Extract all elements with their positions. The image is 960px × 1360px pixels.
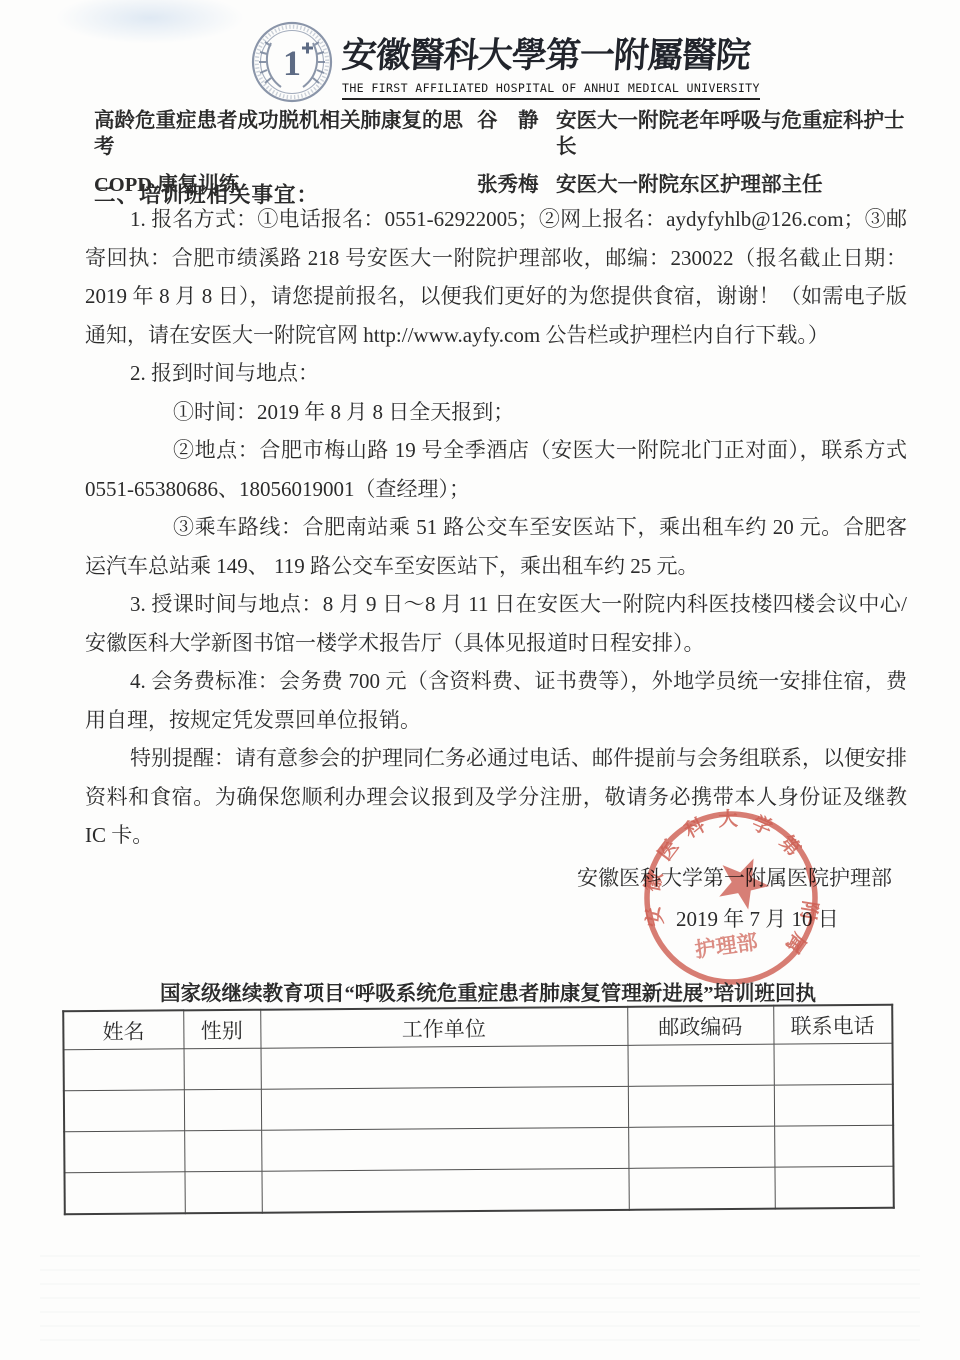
lecture-speaker: 张秀梅 — [477, 172, 556, 198]
form-cell — [184, 1089, 261, 1131]
form-header-workunit: 工作单位 — [260, 1007, 627, 1048]
form-row — [64, 1084, 893, 1132]
form-cell — [774, 1084, 893, 1126]
paragraph-course-time: 3. 授课时间与地点：8 月 9 日～8 月 11 日在安医大一附院内科医技楼四… — [85, 585, 907, 662]
form-cell — [64, 1172, 184, 1214]
form-header-gender: 性别 — [183, 1010, 260, 1049]
form-cell — [628, 1126, 774, 1168]
form-cell — [184, 1048, 261, 1090]
form-cell — [64, 1131, 184, 1173]
logo-plus-icon — [302, 43, 313, 54]
form-header-postcode: 邮政编码 — [627, 1006, 773, 1046]
hospital-logo-icon: 1 — [250, 20, 334, 104]
hospital-letterhead: 1 安徽醫科大學第一附屬醫院 THE FIRST AFFILIATED HOSP… — [250, 20, 760, 104]
form-cell — [628, 1044, 774, 1086]
form-cell — [774, 1166, 893, 1208]
lecture-row: 高龄危重症患者成功脱机相关肺康复的思考 谷 静 安医大一附院老年呼吸与危重症科护… — [94, 108, 906, 160]
paragraph-fee: 4. 会务费标准：会务费 700 元（含资料费、证书费等），外地学员统一安排住宿… — [85, 662, 907, 739]
form-header-phone: 联系电话 — [773, 1005, 892, 1044]
form-cell — [64, 1049, 184, 1091]
scan-artifact — [40, 1255, 920, 1345]
form-cell — [184, 1130, 261, 1172]
paragraph-checkin-time: ①时间：2019 年 8 月 8 日全天报到； — [85, 393, 907, 432]
scan-artifact — [55, 0, 245, 44]
form-cell — [261, 1127, 628, 1171]
form-cell — [64, 1090, 184, 1132]
hospital-title-en: THE FIRST AFFILIATED HOSPITAL OF ANHUI M… — [342, 81, 760, 100]
form-header-row: 姓名 性别 工作单位 邮政编码 联系电话 — [63, 1005, 892, 1050]
lecture-speaker: 谷 静 — [477, 108, 556, 160]
notice-body: 1. 报名方式：①电话报名：0551-62922005；②网上报名：aydyfy… — [85, 200, 907, 855]
form-cell — [774, 1125, 893, 1167]
seal-star-icon — [710, 848, 777, 914]
lecture-speaker-org: 安医大一附院东区护理部主任 — [556, 172, 906, 198]
form-row — [64, 1125, 893, 1173]
reply-form-table: 姓名 性别 工作单位 邮政编码 联系电话 — [62, 1004, 895, 1216]
paragraph-bus-route: ③乘车路线：合肥南站乘 51 路公交车至安医站下，乘出租车约 20 元。合肥客运… — [85, 508, 907, 585]
logo-numeral: 1 — [283, 43, 301, 83]
form-row — [64, 1043, 893, 1091]
form-header-name: 姓名 — [63, 1010, 183, 1049]
form-row — [64, 1166, 893, 1214]
form-cell — [628, 1085, 774, 1127]
form-cell — [261, 1086, 628, 1130]
scanned-notice-page: 1 安徽醫科大學第一附屬醫院 THE FIRST AFFILIATED HOSP… — [0, 0, 960, 1360]
form-cell — [773, 1043, 892, 1085]
official-seal-icon: 安徽医科大学第一附属医院 护理部 — [640, 807, 822, 989]
form-cell — [261, 1168, 628, 1212]
lecture-title: 高龄危重症患者成功脱机相关肺康复的思考 — [94, 108, 477, 160]
paragraph-checkin-place: ②地点：合肥市梅山路 19 号全季酒店（安医大一附院北门正对面），联系方式 05… — [85, 431, 907, 508]
paragraph-checkin-heading: 2. 报到时间与地点： — [85, 354, 907, 393]
paragraph-registration: 1. 报名方式：①电话报名：0551-62922005；②网上报名：aydyfy… — [85, 200, 907, 354]
seal-bottom-text: 护理部 — [693, 930, 759, 963]
form-cell — [628, 1167, 774, 1210]
lecture-speaker-org: 安医大一附院老年呼吸与危重症科护士长 — [556, 108, 906, 160]
hospital-title-cn: 安徽醫科大學第一附屬醫院 — [340, 28, 761, 78]
reply-form-title: 国家级继续教育项目“呼吸系统危重症患者肺康复管理新进展”培训班回执 — [8, 976, 960, 1006]
form-cell — [184, 1171, 261, 1213]
form-cell — [261, 1045, 628, 1089]
